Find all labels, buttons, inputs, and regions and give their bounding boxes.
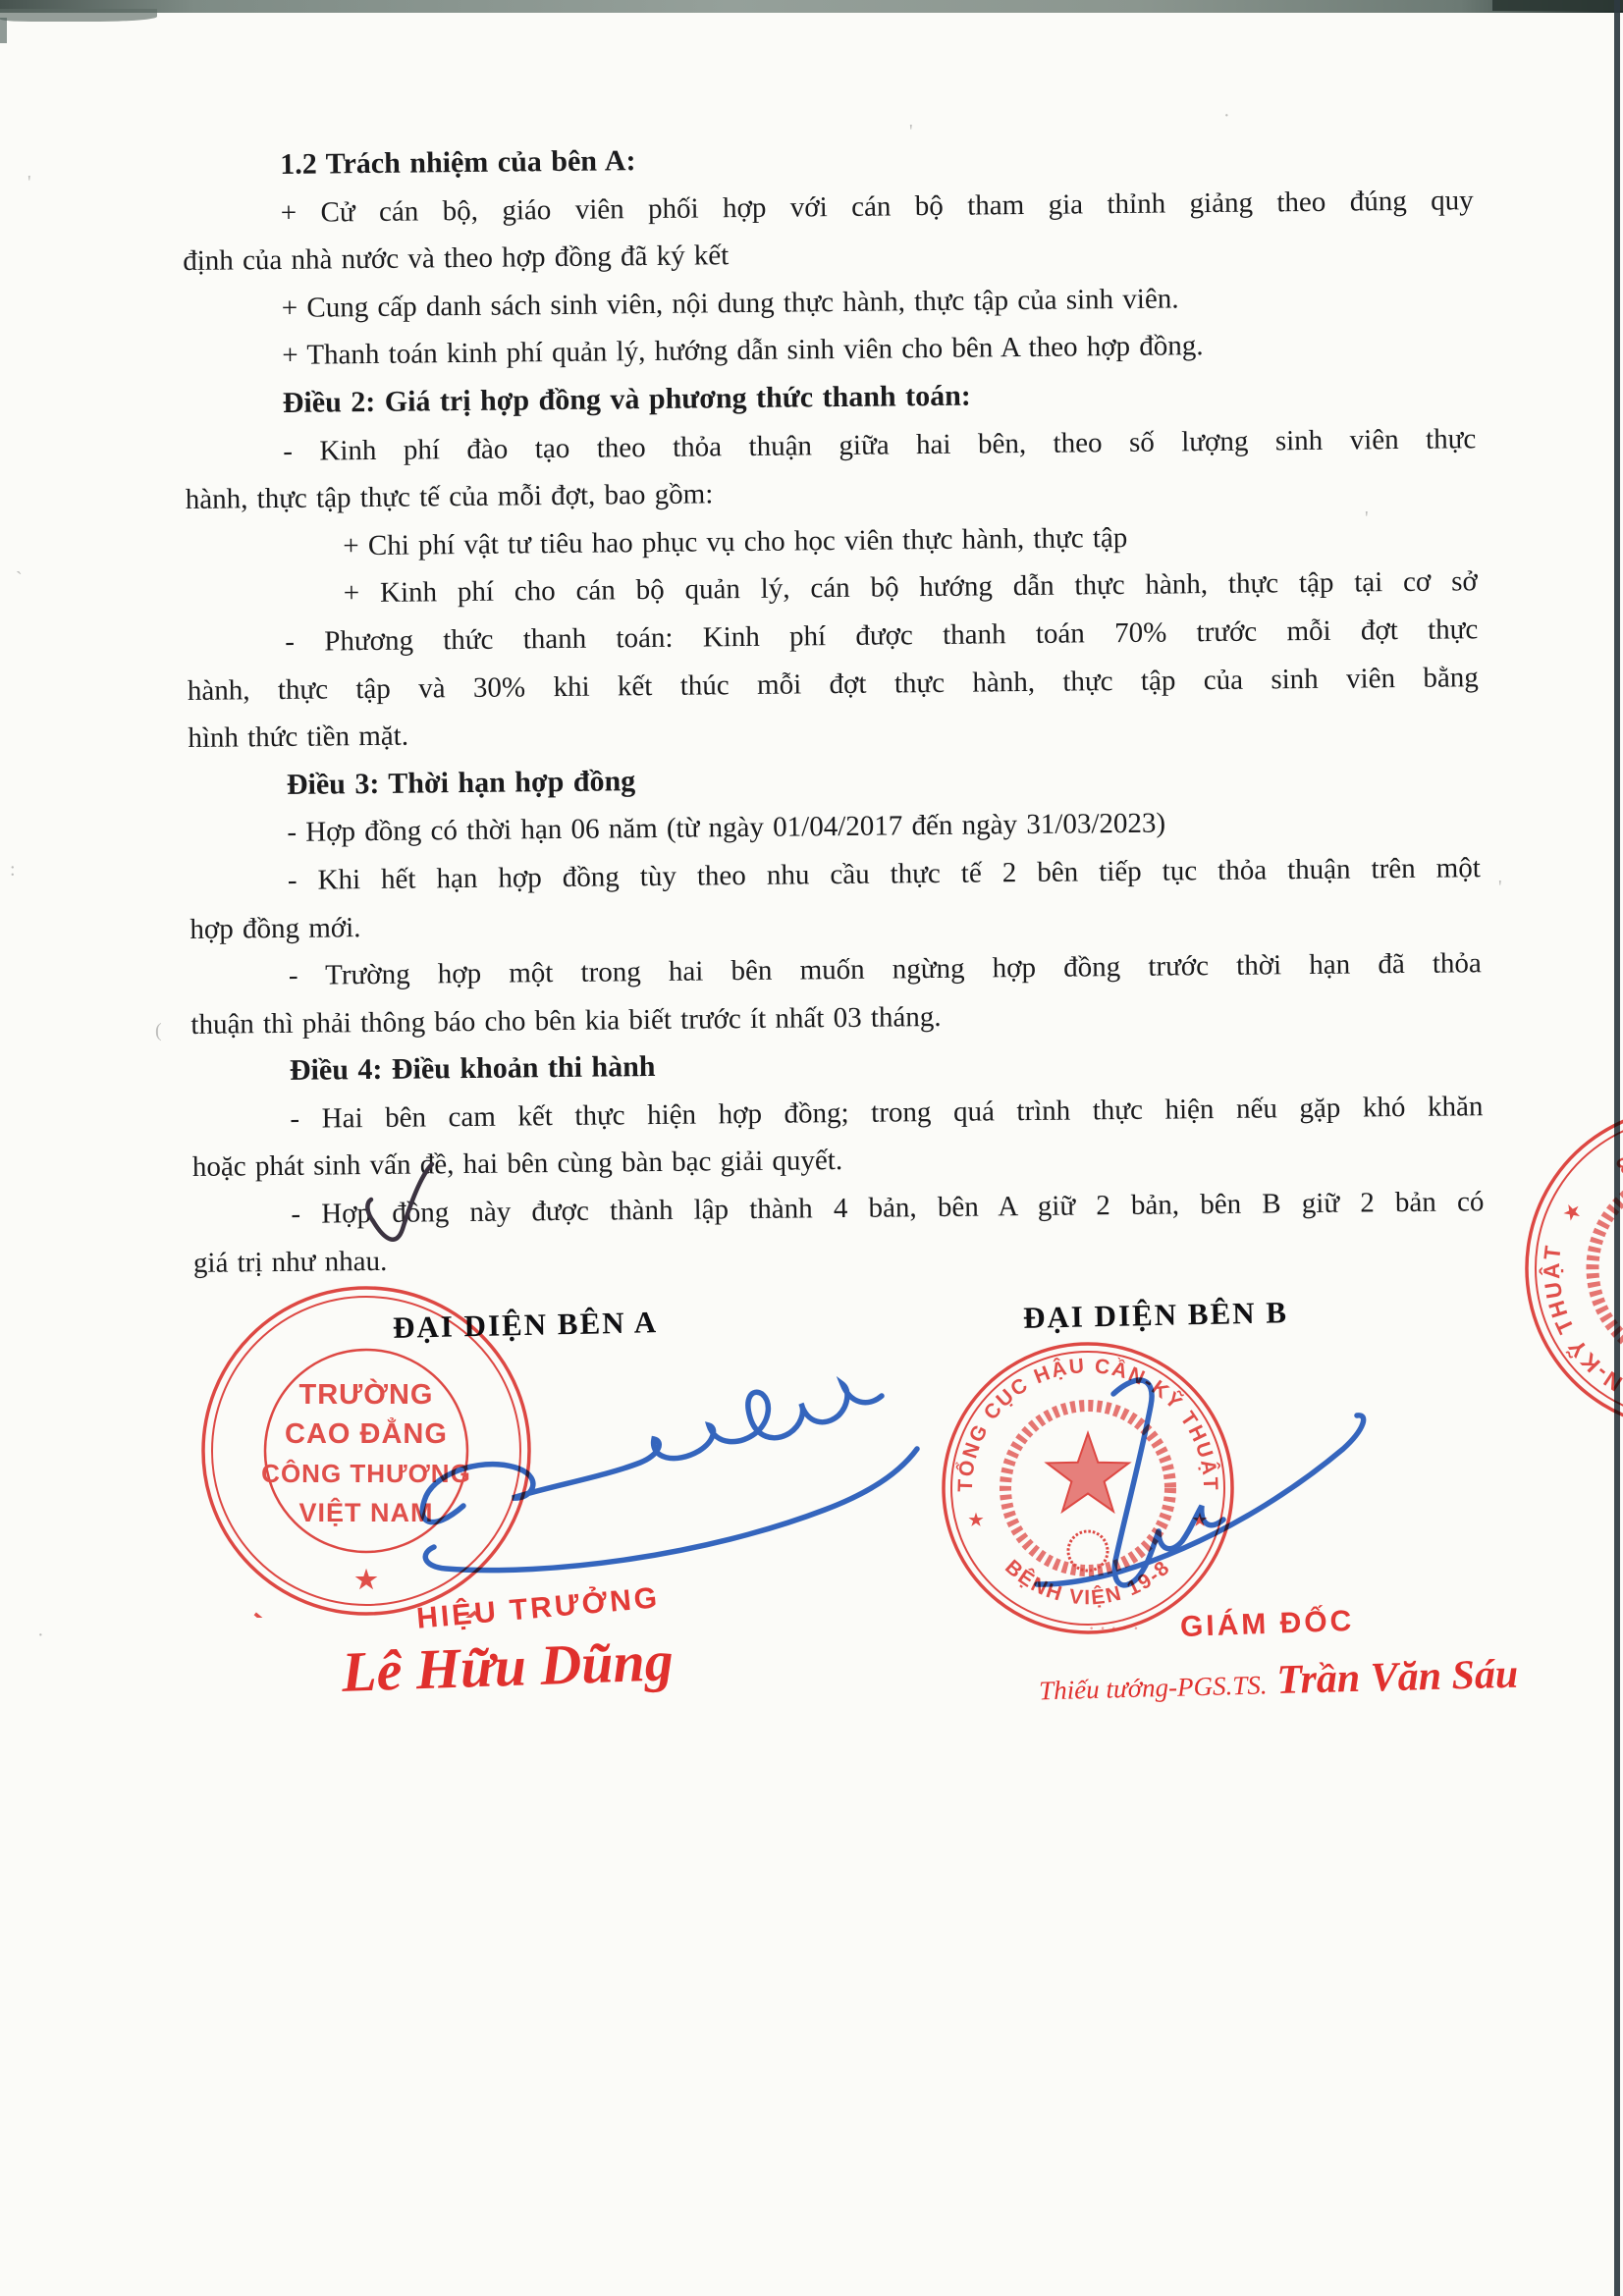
party-b-signer-name: Thiếu tướng-PGS.TS. Trần Văn Sáu	[1038, 1651, 1518, 1711]
svg-text:TỔNG CỤC HẬU CẦN-KỸ THUẬT: TỔNG CỤC HẬU CẦN-KỸ THUẬT	[1515, 1241, 1623, 1439]
party-b-heading: ĐẠI DIỆN BÊN B	[1023, 1295, 1289, 1336]
signature-party-a	[412, 1376, 962, 1631]
pen-tick-icon	[359, 1158, 438, 1256]
party-b-name: Trần Văn Sáu	[1276, 1651, 1519, 1704]
party-b-role-title: GIÁM ĐỐC	[1179, 1605, 1354, 1644]
star-icon: ★	[968, 1511, 984, 1529]
scan-left-edge-mark	[0, 18, 7, 43]
scan-top-left-shadow	[0, 9, 157, 22]
scan-top-edge-artifact	[0, 0, 1623, 13]
edge-stamp-top-text: TỔNG CỤC HẬU CẦN-KỸ THUẬT	[1515, 1241, 1623, 1439]
edge-partial-stamp: TỔNG CỤC HẬU CẦN-KỸ THUẬT BỆNH VIỆN 19-8…	[1493, 1075, 1623, 1462]
signature-party-b	[1019, 1366, 1432, 1622]
star-icon: ★	[354, 1565, 378, 1594]
scanned-contract-page: ' ` : ' ' · · ' ( 1.2 Trách nhiệm của bê…	[0, 0, 1623, 2296]
party-a-signer-name: Lê Hữu Dũng	[341, 1628, 675, 1705]
scan-top-right-shadow	[1492, 0, 1623, 11]
party-b-rank-prefix: Thiếu tướng-PGS.TS.	[1039, 1670, 1268, 1706]
document-text: 1.2 Trách nhiệm của bên A:+ Cử cán bộ, g…	[182, 129, 1485, 1287]
stamp-smudge-dots: ·····	[1088, 1616, 1144, 1641]
star-icon: ★	[1562, 1201, 1582, 1224]
